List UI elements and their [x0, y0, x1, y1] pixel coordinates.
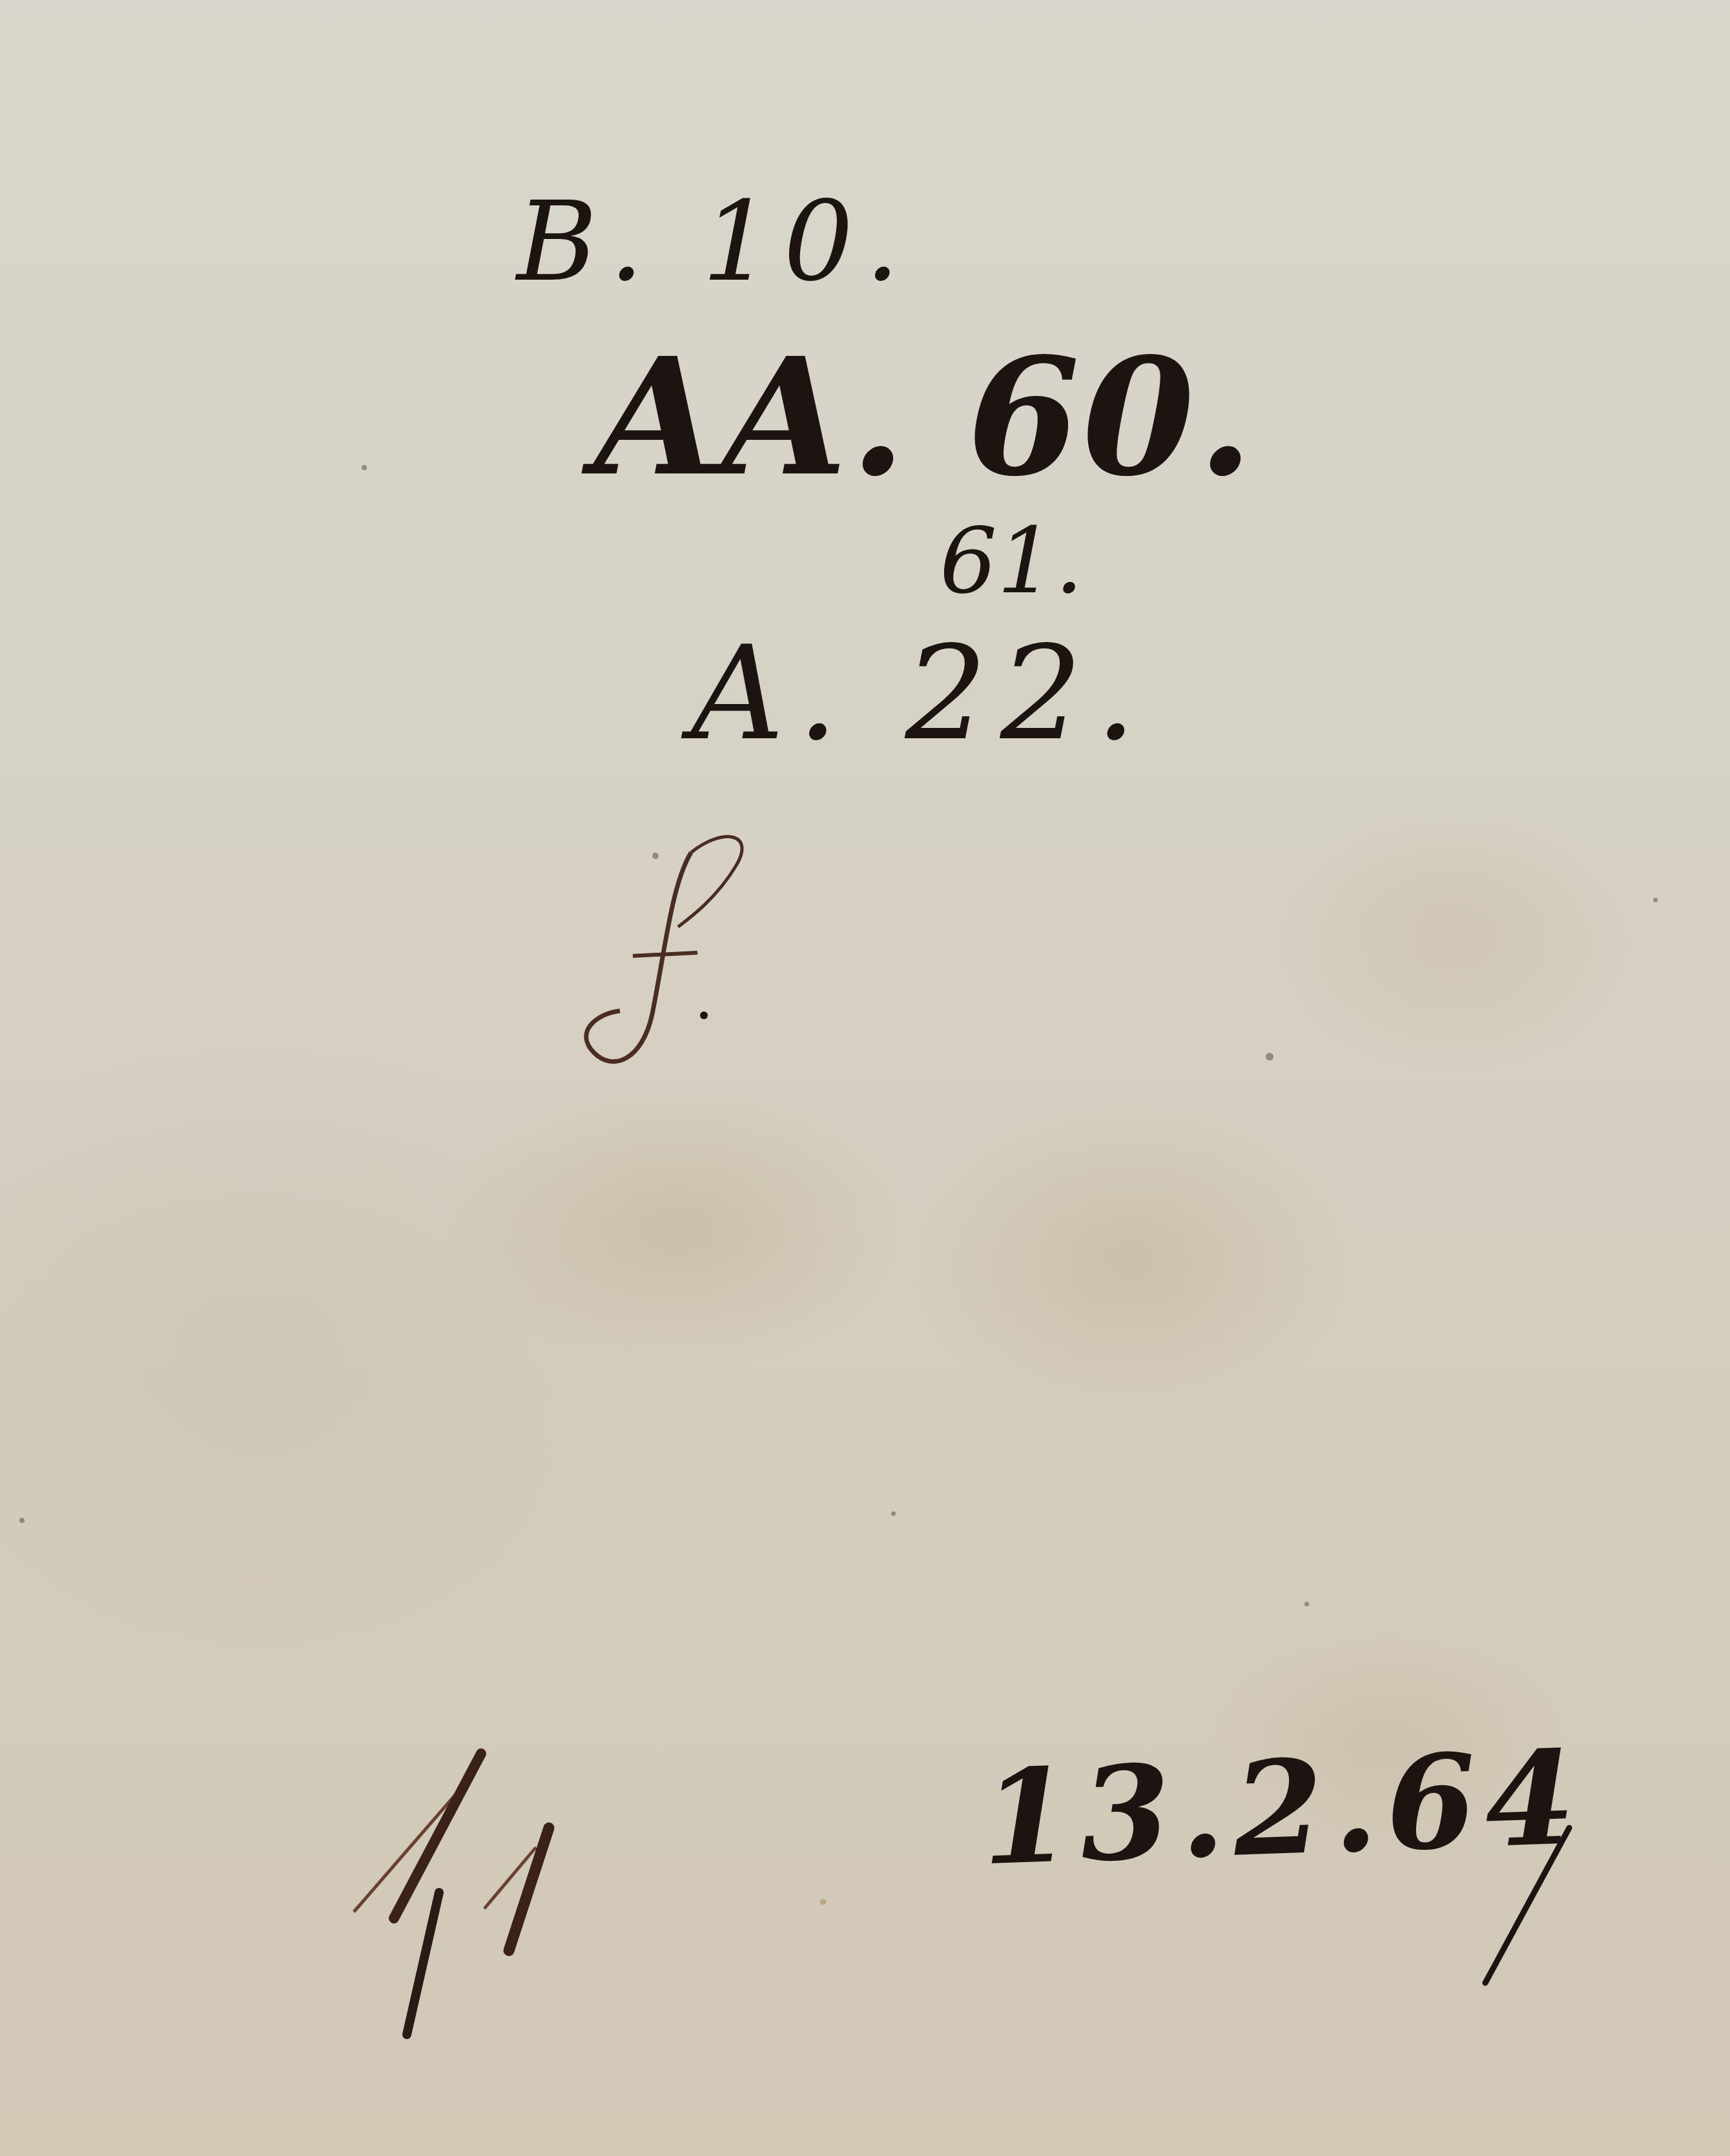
shelfmark-b-10: B. 10.	[517, 187, 911, 297]
paper-speck	[1304, 1602, 1309, 1606]
cursive-f-glyph	[568, 820, 814, 1092]
paper-speck	[19, 1518, 25, 1523]
paper-leaf: B. 10. AA. 60. 61. A. 22. f. 11 13.2.64	[0, 0, 1730, 2156]
number-11-glyph	[342, 1737, 562, 2047]
paper-speck	[820, 1899, 826, 1905]
shelfmark-61: 61.	[940, 517, 1084, 607]
paper-speck	[1653, 898, 1658, 902]
paper-speck	[362, 465, 367, 470]
paper-speck	[1266, 1053, 1273, 1061]
paper-speck	[891, 1511, 896, 1516]
date-descender-stroke	[1472, 1809, 1589, 1996]
shelfmark-a-22: A. 22.	[691, 630, 1149, 759]
shelfmark-aa-60: AA. 60.	[594, 336, 1256, 497]
